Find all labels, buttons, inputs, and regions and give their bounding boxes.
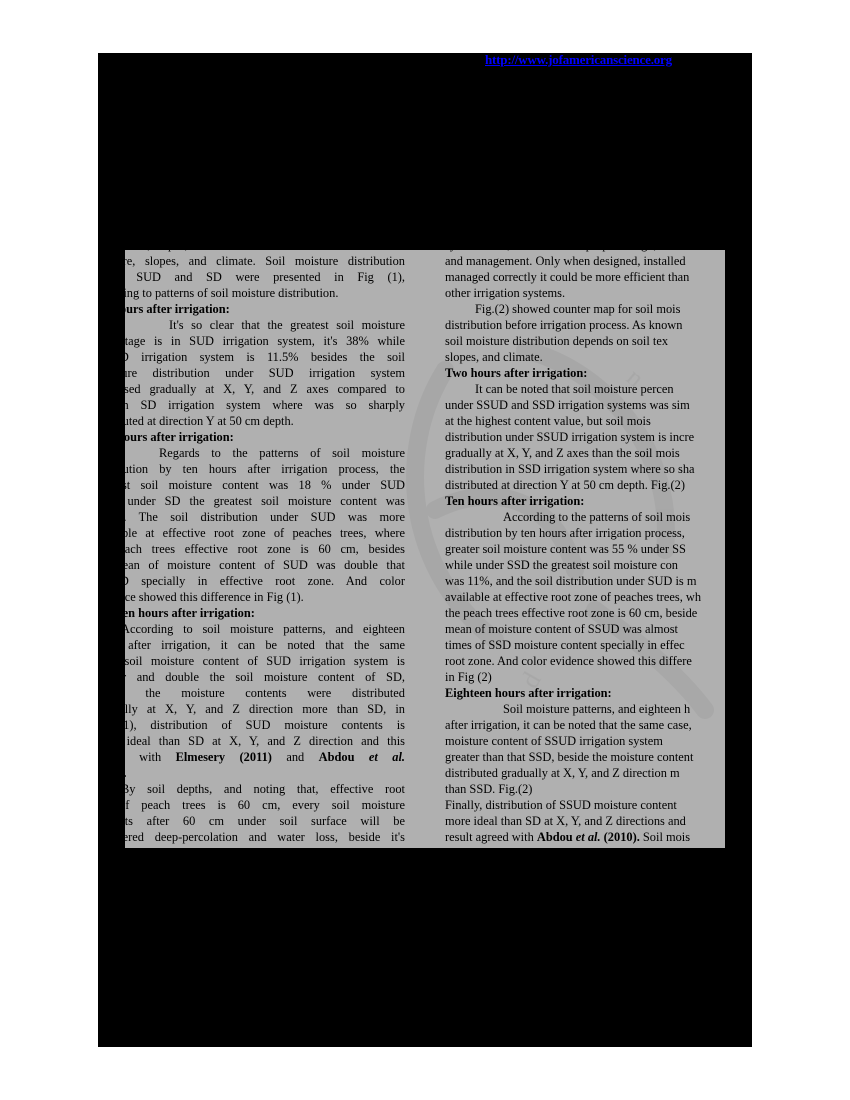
citation-line: result agreed with Abdou et al. (2010). … xyxy=(445,829,725,845)
pdf-page: http://www.jofamericanscience.org n d te… xyxy=(98,53,752,1047)
text-line: Soil moisture patterns, and eighteen h xyxy=(445,701,725,717)
text-line: moisture content of SSUD irrigation syst… xyxy=(445,733,725,749)
text-line: after irrigation, it can be noted that t… xyxy=(445,717,725,733)
text-line: Regards to the patterns of soil moisture xyxy=(125,445,405,461)
section-heading-two-hours: hours after irrigation: xyxy=(125,301,405,317)
text-line: of peach trees is 60 cm, every soil mois… xyxy=(125,797,405,813)
text-line: and management. Only when designed, inst… xyxy=(445,253,725,269)
text-line: mean of moisture content of SUD was doub… xyxy=(125,557,405,573)
text-line: while under SSD the greatest soil moistu… xyxy=(445,557,725,573)
text-line: managed correctly it could be more effic… xyxy=(445,269,725,285)
text-line: It can be noted that soil moisture perce… xyxy=(445,381,725,397)
text-line: e under SD the greatest soil moisture co… xyxy=(125,493,405,509)
text-line: ually at X, Y, and Z direction more than… xyxy=(125,701,405,717)
text-line: idered deep-percolation and water loss, … xyxy=(125,829,405,845)
text-line: gradually at X, Y, and Z axes than the s… xyxy=(445,445,725,461)
text-line: mean of moisture content of SSUD was alm… xyxy=(445,621,725,637)
left-column: texture, slopes, and climate. Soil moist… xyxy=(125,250,405,848)
text-line: peach trees effective root zone is 60 cm… xyxy=(125,541,405,557)
citation-elmesery: Elmesery (2011) xyxy=(176,750,272,764)
text-line: ibution by ten hours after irrigation pr… xyxy=(125,461,405,477)
right-column: system itself, but also on its proper de… xyxy=(445,250,725,845)
text-line: entage is in SUD irrigation system, it's… xyxy=(125,333,405,349)
article-body: n d texture, slopes, and climate. Soil m… xyxy=(125,250,725,848)
section-heading-two-hours-right: Two hours after irrigation: xyxy=(445,365,725,381)
text-line: By soil depths, and noting that, effecti… xyxy=(125,781,405,797)
text-line: Finally, distribution of SSUD moisture c… xyxy=(445,797,725,813)
text-line: distributed gradually at X, Y, and Z dir… xyxy=(445,765,725,781)
text-line: in SD irrigation system where was so sha… xyxy=(125,397,405,413)
right-partial-top-line: system itself, but also on its proper de… xyxy=(445,250,725,253)
text-line: distribution by ten hours after irrigati… xyxy=(445,525,725,541)
text-line: distribution in SSD irrigation system wh… xyxy=(445,461,725,477)
text-line: rding to patterns of soil moisture distr… xyxy=(125,285,405,301)
left-partial-top-line: texture, slopes, and climate. Soil moist… xyxy=(125,250,405,253)
text-line: distributed at direction Y at 50 cm dept… xyxy=(445,477,725,493)
text-line: more ideal than SD at X, Y, and Z direct… xyxy=(445,813,725,829)
citation-line: ed with Elmesery (2011) and Abdou et al. xyxy=(125,749,405,765)
text-line: available at effective root zone of peac… xyxy=(445,589,725,605)
text-line: ibuted at direction Y at 50 cm depth. xyxy=(125,413,405,429)
text-line: at the highest content value, but soil m… xyxy=(445,413,725,429)
text-line: soil moisture distribution depends on so… xyxy=(445,333,725,349)
text-line: SD irrigation system is 11.5% besides th… xyxy=(125,349,405,365)
text-line: lable at effective root zone of peaches … xyxy=(125,525,405,541)
text-line: er SUD and SD were presented in Fig (1), xyxy=(125,269,405,285)
section-heading-ten-hours: hours after irrigation: xyxy=(125,429,405,445)
text-line: greater soil moisture content was 55 % u… xyxy=(445,541,725,557)
left-partial-bottom-line: shown that the greatest values of soil m… xyxy=(125,845,405,848)
journal-url-link[interactable]: http://www.jofamericanscience.org xyxy=(485,53,672,67)
text-line: test soil moisture content was 18 % unde… xyxy=(125,477,405,493)
text-line: greater than that SSD, beside the moistu… xyxy=(445,749,725,765)
text-line: distribution under SSUD irrigation syste… xyxy=(445,429,725,445)
text-line: was 11%, and the soil distribution under… xyxy=(445,573,725,589)
text-line: Fig.(2) showed counter map for soil mois xyxy=(445,301,725,317)
text-line: sture distribution under SUD irrigation … xyxy=(125,365,405,381)
text-line: ents after 60 cm under soil surface will… xyxy=(125,813,405,829)
section-heading-eighteen-hours: teen hours after irrigation: xyxy=(125,605,405,621)
text-line: than SSD. Fig.(2) xyxy=(445,781,725,797)
text-line: de the moisture contents were distribute… xyxy=(125,685,405,701)
text-line: times of SSD moisture content specially … xyxy=(445,637,725,653)
section-heading-eighteen-hours-right: Eighteen hours after irrigation: xyxy=(445,685,725,701)
text-line: under SSUD and SSD irrigation systems wa… xyxy=(445,397,725,413)
text-line: ter and double the soil moisture content… xyxy=(125,669,405,685)
text-line: According to the patterns of soil mois xyxy=(445,509,725,525)
citation-abdou: Abdou xyxy=(319,750,369,764)
text-line: in Fig (2) xyxy=(445,669,725,685)
citation-year: 0). xyxy=(125,765,405,781)
text-line: According to soil moisture patterns, and… xyxy=(125,621,405,637)
text-line: s after irrigation, it can be noted that… xyxy=(125,637,405,653)
text-line: root zone. And color evidence showed thi… xyxy=(445,653,725,669)
text-line: the peach trees effective root zone is 6… xyxy=(445,605,725,621)
text-line: (1), distribution of SUD moisture conten… xyxy=(125,717,405,733)
text-line: %. The soil distribution under SUD was m… xyxy=(125,509,405,525)
text-line: ture, slopes, and climate. Soil moisture… xyxy=(125,253,405,269)
text-line: SD specially in effective root zone. And… xyxy=(125,573,405,589)
text-line: other irrigation systems. xyxy=(445,285,725,301)
text-line: It's so clear that the greatest soil moi… xyxy=(125,317,405,333)
text-line: , soil moisture content of SUD irrigatio… xyxy=(125,653,405,669)
text-line: distribution before irrigation process. … xyxy=(445,317,725,333)
text-line: ence showed this difference in Fig (1). xyxy=(125,589,405,605)
text-line: eased gradually at X, Y, and Z axes comp… xyxy=(125,381,405,397)
text-line: e ideal than SD at X, Y, and Z direction… xyxy=(125,733,405,749)
citation-abdou: Abdou xyxy=(537,830,576,844)
text-line: slopes, and climate. xyxy=(445,349,725,365)
section-heading-ten-hours-right: Ten hours after irrigation: xyxy=(445,493,725,509)
